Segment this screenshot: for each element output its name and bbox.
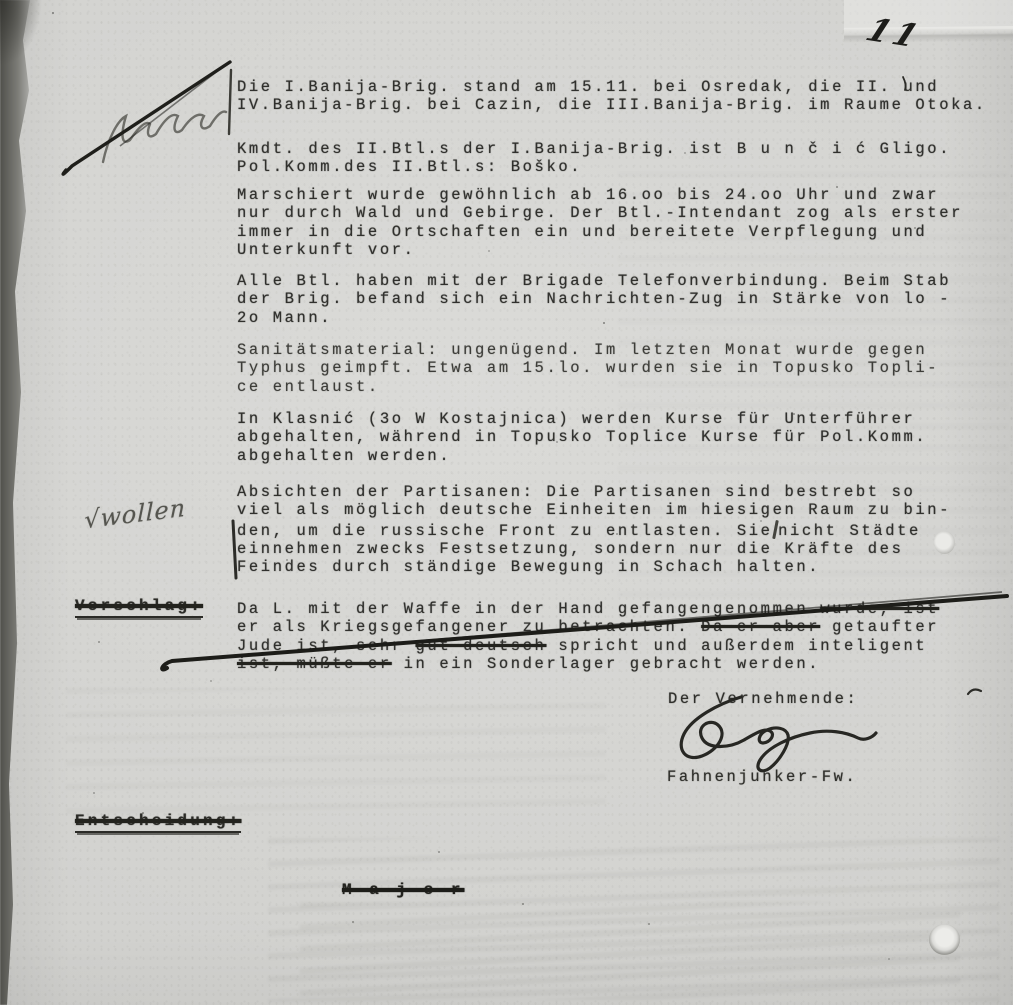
signoff-line: Der Vernehmende:: [668, 690, 858, 708]
dark-corner-shadow: [0, 0, 70, 110]
verdict-struck-text: wurde, ist: [820, 600, 939, 618]
major-line-struck: M a j o r: [342, 881, 464, 899]
verdict-struck-text: Da er aber: [701, 618, 820, 636]
paragraph-marching: Marschiert wurde gewöhnlich ab 16.oo bis…: [237, 186, 963, 259]
heading-vorschlag-struck: Vorschlag:: [75, 597, 203, 618]
paragraph-positions: Die I.Banija-Brig. stand am 15.11. bei O…: [237, 78, 987, 115]
scanned-document-page: 11 Die I.Banija-Brig. stand am 15.11. be…: [0, 0, 1013, 1005]
paper-stain-spot: [929, 924, 960, 955]
verdict-struck-text: gut deutsch: [416, 637, 547, 655]
verdict-text: spricht und außerdem inteligent: [546, 637, 927, 655]
pen-tick-icon: [968, 690, 981, 694]
margin-scribble-icon: [103, 112, 226, 162]
bleedthrough-smudge: [66, 688, 606, 816]
margin-line-icon: [229, 70, 231, 134]
verdict-struck-text: ist, müßte er: [237, 655, 392, 673]
verdict-text: Da L. mit der Waffe in der Hand gefangen…: [237, 600, 820, 618]
paragraph-commanders: Kmdt. des II.Btl.s der I.Banija-Brig. is…: [237, 140, 951, 177]
handwritten-signature-icon: [681, 697, 876, 771]
scribble-strike-icon: [63, 62, 230, 174]
verdict-text: er als Kriegsgefangener zu betrachten.: [237, 618, 701, 636]
rank-line: Fahnenjunker-Fw.: [667, 768, 857, 786]
paragraph-communications: Alle Btl. haben mit der Brigade Telefonv…: [237, 272, 951, 327]
paragraph-medical: Sanitätsmaterial: ungenügend. Im letzten…: [237, 341, 939, 396]
verdict-text: in ein Sonderlager gebracht werden.: [392, 655, 820, 673]
paragraph-partisan-intentions: Absichten der Partisanen: Die Partisanen…: [237, 483, 951, 576]
bleedthrough-smudge: [300, 902, 960, 1000]
handwritten-page-number: 11: [861, 11, 928, 55]
paragraph-courses: In Klasnić (3o W Kostajnica) werden Kurs…: [237, 410, 927, 465]
margin-note-wollen: √wollen: [84, 494, 186, 535]
bleedthrough-smudge: [268, 838, 1000, 1002]
torn-left-edge: [0, 0, 34, 1005]
heading-entscheidung-struck: Entscheidung:: [75, 812, 241, 833]
margin-line-icon: [233, 521, 236, 578]
scribble-strike-icon: [120, 66, 224, 146]
dust-specks: [0, 0, 2, 2]
paragraph-verdict: Da L. mit der Waffe in der Hand gefangen…: [237, 600, 939, 673]
